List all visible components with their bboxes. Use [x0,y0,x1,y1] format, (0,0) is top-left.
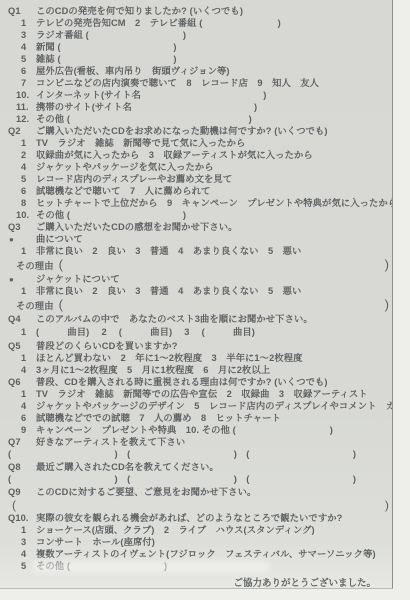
line-label: 9 [8,424,36,436]
opt-line: 1TV ラジオ 雑誌 新聞等で見て気に入ったから [0,137,392,149]
line-text: 曲について [36,233,83,245]
line-label: 5 [8,173,36,185]
opt-line: 5レコード店内のディスプレーやお薦め文を見て [0,173,392,185]
line-label: Q4 [8,313,36,325]
line-label: Q2 [8,125,36,137]
opt-line: 1TV ラジオ 雑誌 新聞等での広告や宣伝 2 収録曲 3 収録アーティスト [0,388,392,400]
opt-line: 1非常に良い 2 良い 3 普通 4 あまり良くない 5 悪い [0,245,392,257]
line-text: 非常に良い 2 良い 3 普通 4 あまり良くない 5 悪い [36,245,301,257]
line-label: 3 [8,29,36,41]
opt-line: 5雑誌 ( ) [0,53,392,65]
freewide-line: () [0,498,392,512]
opt-line: 6屋外広告(看板、車内吊り 街頭ヴィジョン等) [0,65,392,77]
opt10-line: 11.携帯のサイト(サイト名 ) [0,101,392,113]
line-text: ( ) ( ) ( ) [8,473,356,486]
opt-line: 43ヶ月に1〜2枚程度 5 月に1枚程度 6 月に2枚以上 [0,364,392,376]
line-text: 実際の彼女を観られる機会があれば、どのようなところで観たいですか? [36,512,342,524]
line-label: 8 [8,197,36,209]
line-text: ほとんど買わない 2 年に1〜2枚程度 3 半年に1〜2枚程度 [36,352,303,364]
q-line: Q10.実際の彼女を観られる機会があれば、どのようなところで観たいですか? [0,512,392,524]
line-label: 6 [8,65,36,77]
line-text: その他 ( ) [36,209,186,221]
line-label: 6 [8,185,36,197]
opt-line: 6試聴機などで聴いて 7 人に薦められて [0,185,392,197]
line-text: ジャケットやパッケージのデザイン 5 レコード店内のディスプレイやコメント カー… [36,400,393,412]
line-label: 4 [8,548,36,560]
opt-line: 1非常に良い 2 良い 3 普通 4 あまり良くない 5 悪い [0,285,392,297]
reason-line: その理由() [0,257,392,273]
line-text: このCDに対するご要望、ご意見をお聞かせ下さい。 [36,486,256,498]
line-label: 6 [8,412,36,424]
line-label: 1 [8,388,36,400]
line-right: ) [385,498,389,512]
line-text: その他 ( ) [36,113,252,125]
free3-line: ( ) ( ) ( ) [0,448,392,461]
line-open: ( [12,498,16,512]
line-text: 最近ご購入されたCD名を教えてください。 [36,461,219,473]
line-text: ( ) ( ) ( ) [8,448,356,461]
line-text: ラジオ番組 ( ) [36,29,186,41]
line-text: ご購入いただいたCDの感想をお聞かせ下さい。 [36,221,238,233]
line-text: 収録曲が気に入ったから 3 収録アーティストが気に入ったから [36,149,313,161]
line-label: 10. [8,209,36,221]
q-line: Q2ご購入いただいたCDをお求めになった動機は何ですか? (いくつでも) [0,125,392,137]
line-text: ヒットチャートで上位だから 9 キャンペーン プレゼントや特典が気に入ったから [36,197,393,209]
line-text: コンビニなどの店内演奏で聴いて 8 レコード店 9 知人 友人 [36,77,319,89]
line-label: 2 [8,149,36,161]
line-label: 7 [8,77,36,89]
line-label: Q1 [8,5,36,17]
line-text: TV ラジオ 雑誌 新聞等での広告や宣伝 2 収録曲 3 収録アーティスト [36,388,368,400]
line-text: 雑誌 ( ) [36,53,177,65]
q-line: Q6普段、CDを購入される時に重視される理由は何ですか? (いくつでも) [0,376,392,388]
line-text: キャンペーン プレゼントや特典 10. その他 ( ) [36,424,333,436]
line-label: Q3 [8,221,36,233]
q-line: Q8最近ご購入されたCD名を教えてください。 [0,461,392,473]
line-text: 複数アーティストのイヴェント(フジロック フェスティバル、サマーソニック等) [36,548,376,560]
line-text: レコード店内のディスプレーやお薦め文を見て [36,173,232,185]
line-label: 1 [8,245,36,257]
opt-line: 4ジャケットやパッケージを気に入ったから [0,161,392,173]
line-text: 好きなアーティストを教えて下さい [36,436,185,448]
line-text: 普段どのくらいCDを買いますか? [36,340,178,352]
free3-line: ( ) ( ) ( ) [0,473,392,486]
opt-line: 1ショーケース(店頭、クラブ) 2 ライブ ハウス(スタンディング) [0,524,392,536]
line-label: 4 [8,400,36,412]
q-line: Q7好きなアーティストを教えて下さい [0,436,392,448]
line-text: テレビの発売告知CM 2 テレビ番組 ( ) [36,17,281,29]
reason-line: その理由() [0,297,392,313]
opt-line: 4新聞 ( ) [0,41,392,53]
best3-line: 1( 曲目) 2 ( 曲目) 3 ( 曲目) [0,325,392,340]
line-text: このCDの発売を何で知りましたか? (いくつでも) [36,5,243,17]
line-text: このアルバムの中で あなたのベスト3曲を順にお聞かせ下さい。 [36,313,313,325]
line-label: 4 [8,161,36,173]
line-text: 屋外広告(看板、車内吊り 街頭ヴィジョン等) [36,65,230,77]
bullet-line: ●ジャケットについて [0,273,392,285]
line-label: Q7 [8,436,36,448]
line-label: 1 [8,524,36,536]
line-text: ( 曲目) 2 ( 曲目) 3 ( 曲目) [36,325,255,340]
opt-line: 3ラジオ番組 ( ) [0,29,392,41]
line-text: コンサート ホール(座席付) [36,536,155,548]
opt-line: 4ジャケットやパッケージのデザイン 5 レコード店内のディスプレイやコメント カ… [0,400,392,412]
line-label: Q9 [8,486,36,498]
line-text: 普段、CDを購入される時に重視される理由は何ですか? (いくつでも) [36,376,328,388]
q-line: Q1このCDの発売を何で知りましたか? (いくつでも) [0,5,392,17]
line-label: 1 [8,352,36,364]
q-line: Q9このCDに対するご要望、ご意見をお聞かせ下さい。 [0,486,392,498]
opt-line: 7コンビニなどの店内演奏で聴いて 8 レコード店 9 知人 友人 [0,77,392,89]
q-line: Q4このアルバムの中で あなたのベスト3曲を順にお聞かせ下さい。 [0,313,392,325]
footer-thanks: ご協力ありがとうございました。 [0,575,392,589]
q-line: Q3ご購入いただいたCDの感想をお聞かせ下さい。 [0,221,392,233]
line-label: 12. [8,113,36,125]
line-label: 4 [8,41,36,53]
line-right: ) [385,297,389,313]
line-text: その理由 [16,298,54,314]
line-text: その理由 [16,258,54,274]
line-text: 3ヶ月に1〜2枚程度 5 月に1枚程度 6 月に2枚以上 [36,364,270,376]
line-text: インターネット(サイト名 ) [36,89,266,101]
opt10-line: 10.その他 ( ) [0,209,392,221]
questionnaire-page: Q1このCDの発売を何で知りましたか? (いくつでも)1テレビの発売告知CM 2… [0,0,393,589]
line-open: ( [59,257,63,273]
opt-line: 9キャンペーン プレゼントや特典 10. その他 ( ) [0,424,392,436]
line-text: ショーケース(店頭、クラブ) 2 ライブ ハウス(スタンディング) [36,524,315,536]
opt-line: 8ヒットチャートで上位だから 9 キャンペーン プレゼントや特典が気に入ったから [0,197,392,209]
line-text: ご購入いただいたCDをお求めになった動機は何ですか? (いくつでも) [36,125,328,137]
bleed-through-smudge [32,561,270,573]
line-text: 携帯のサイト(サイト名 ) [36,101,257,113]
line-label: Q5 [8,340,36,352]
line-label: 1 [8,285,36,297]
bullet-line: ●曲について [0,233,392,245]
opt10-line: 12.その他 ( ) [0,113,392,125]
line-label: Q6 [8,376,36,388]
line-label: 4 [8,364,36,376]
line-right: ) [385,257,389,273]
line-label: 3 [8,536,36,548]
opt-line: 4複数アーティストのイヴェント(フジロック フェスティバル、サマーソニック等) [0,548,392,560]
line-open: ( [59,297,63,313]
line-label: 1 [8,325,36,340]
line-label: 5 [8,53,36,65]
opt-line: 6試聴機などででの試聴 7 人の薦め 8 ヒットチャート [0,412,392,424]
line-text: 試聴機などででの試聴 7 人の薦め 8 ヒットチャート [36,412,281,424]
line-text: ジャケットについて [36,273,120,285]
line-label: 10. [8,89,36,101]
opt-line: 1テレビの発売告知CM 2 テレビ番組 ( ) [0,17,392,29]
line-text: 試聴機などで聴いて 7 人に薦められて [36,185,210,197]
q-line: Q5普段どのくらいCDを買いますか? [0,340,392,352]
opt-line: 2収録曲が気に入ったから 3 収録アーティストが気に入ったから [0,149,392,161]
opt-line: 3コンサート ホール(座席付) [0,536,392,548]
opt10-line: 10.インターネット(サイト名 ) [0,89,392,101]
line-text: 非常に良い 2 良い 3 普通 4 あまり良くない 5 悪い [36,285,301,297]
opt-line: 1ほとんど買わない 2 年に1〜2枚程度 3 半年に1〜2枚程度 [0,352,392,364]
line-text: 新聞 ( ) [36,41,177,53]
line-label: Q8 [8,461,36,473]
line-label: Q10. [8,512,36,524]
line-label: 11. [8,101,36,113]
line-label: 1 [8,17,36,29]
line-text: ジャケットやパッケージを気に入ったから [36,161,214,173]
line-label: 1 [8,137,36,149]
form-lines: Q1このCDの発売を何で知りましたか? (いくつでも)1テレビの発売告知CM 2… [0,0,392,572]
line-text: TV ラジオ 雑誌 新聞等で見て気に入ったから [36,137,245,149]
